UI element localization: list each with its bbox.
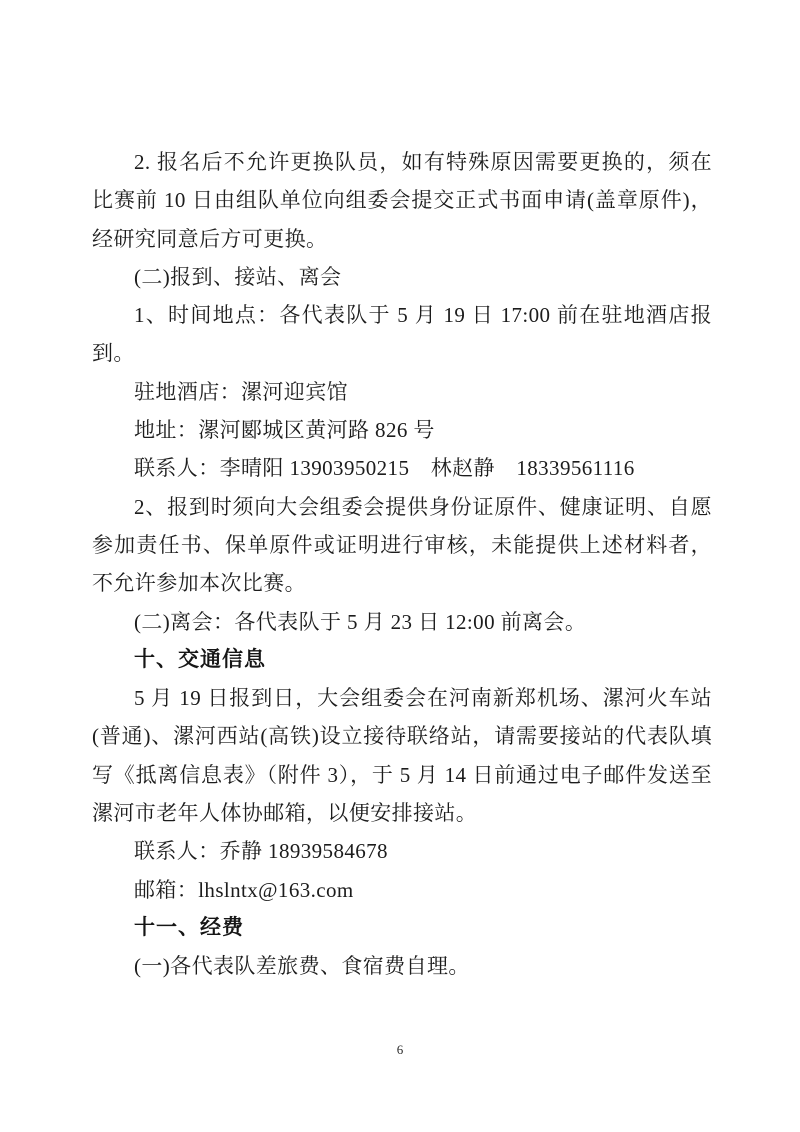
heading-funding: 十一、经费 [92, 909, 712, 947]
paragraph-hotel-name: 驻地酒店：漯河迎宾馆 [92, 373, 712, 411]
heading-transportation-info: 十、交通信息 [92, 641, 712, 679]
document-text-block: 2. 报名后不允许更换队员，如有特殊原因需要更换的，须在比赛前 10 日由组队单… [92, 143, 712, 986]
paragraph-departure-time: (二)离会：各代表队于 5 月 23 日 12:00 前离会。 [92, 603, 712, 641]
paragraph-checkin-time-place: 1、时间地点：各代表队于 5 月 19 日 17:00 前在驻地酒店报到。 [92, 296, 712, 373]
paragraph-transportation-detail: 5 月 19 日报到日，大会组委会在河南新郑机场、漯河火车站(普通)、漯河西站(… [92, 679, 712, 832]
paragraph-transport-contact: 联系人：乔静 18939584678 [92, 832, 712, 870]
paragraph-hotel-contacts: 联系人：李晴阳 13903950215 林赵静 18339561116 [92, 449, 712, 487]
paragraph-checkin-materials: 2、报到时须向大会组委会提供身份证原件、健康证明、自愿参加责任书、保单原件或证明… [92, 488, 712, 603]
paragraph-funding-self-pay: (一)各代表队差旅费、食宿费自理。 [92, 947, 712, 985]
paragraph-member-replacement-rule: 2. 报名后不允许更换队员，如有特殊原因需要更换的，须在比赛前 10 日由组队单… [92, 143, 712, 258]
paragraph-hotel-address: 地址：漯河郾城区黄河路 826 号 [92, 411, 712, 449]
page-number: 6 [0, 1042, 800, 1058]
subheading-checkin-pickup-departure: (二)报到、接站、离会 [92, 258, 712, 296]
document-page: 2. 报名后不允许更换队员，如有特殊原因需要更换的，须在比赛前 10 日由组队单… [0, 0, 800, 1132]
paragraph-transport-email: 邮箱：lhslntx@163.com [92, 871, 712, 909]
